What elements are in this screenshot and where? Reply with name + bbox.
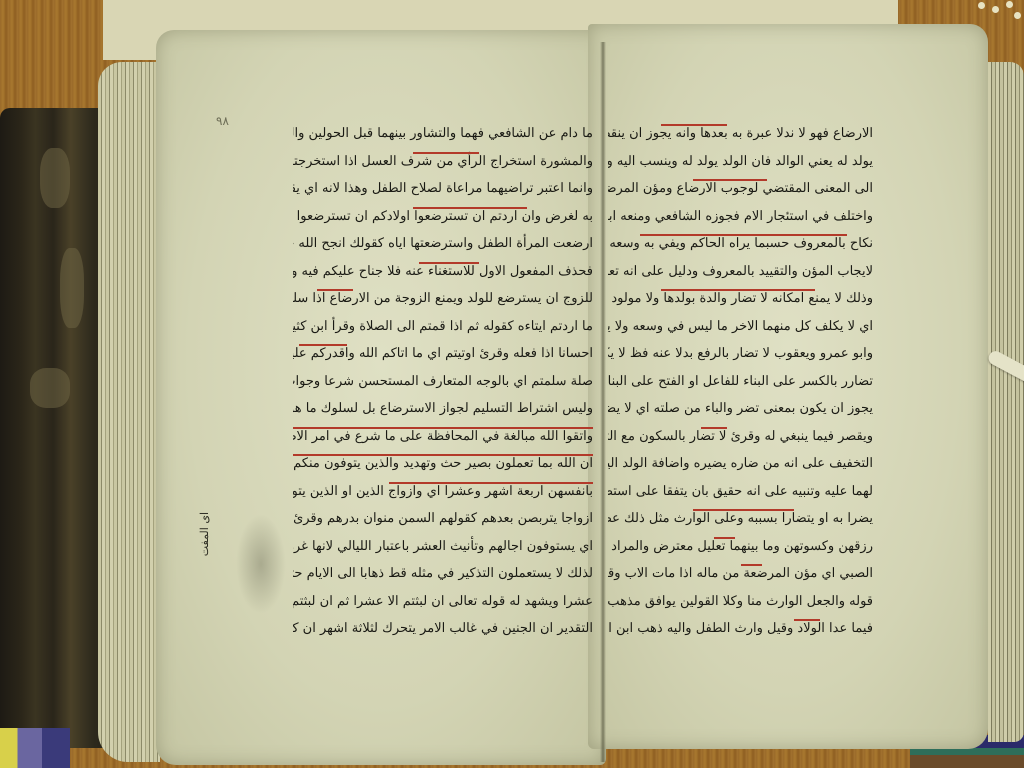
left-page-text: ما دام عن الشافعي فهما والتشاور بينهما ق… — [293, 120, 593, 643]
folio-number: ٩٨ — [216, 114, 229, 128]
ink-smudge — [236, 514, 286, 614]
open-manuscript: ٩٨ ای المفت ما دام عن الشافعي فهما والتش… — [98, 22, 1024, 768]
text-line: احسانا اذا فعله وقرئ اوتيتم اي ما اتاكم … — [293, 340, 593, 368]
text-line: رزقهن وكسوتهن وما بينهما تعليل معترض وال… — [608, 533, 873, 561]
bottom-left-objects — [0, 728, 70, 768]
text-line: يجوز ان يكون بمعنى تضر والباء من صلته اي… — [608, 395, 873, 423]
text-line: الى المعنى المقتضي لوجوب الارضاع ومؤن ال… — [608, 175, 873, 203]
book-gutter — [600, 42, 606, 762]
text-line: وذلك لا يمنع امكانه لا تضار والدة بولدها… — [608, 285, 873, 313]
text-line: ما اردتم ايتاءه كقوله ثم اذا قمتم الى ال… — [293, 313, 593, 341]
margin-note: ای المفت — [198, 512, 211, 556]
text-line: والمشورة استخراج الرأي من شرف العسل اذا … — [293, 148, 593, 176]
text-line: قوله والجعل الوارث منا وكلا القولين يواف… — [608, 588, 873, 616]
text-line: الصبي اي مؤن المرضعة من ماله اذا مات الا… — [608, 560, 873, 588]
text-line: تضارر بالكسر على البناء للفاعل او الفتح … — [608, 368, 873, 396]
text-line: ارضعت المرأة الطفل واسترضعتها اياه كقولك… — [293, 230, 593, 258]
text-line: للزوج ان يسترضع للولد ويمنع الزوجة من ال… — [293, 285, 593, 313]
text-line: لذلك لا يستعملون التذكير في مثله قط ذهاب… — [293, 560, 593, 588]
text-line: ازواجا يتربصن بعدهم كقولهم السمن منوان ب… — [293, 505, 593, 533]
text-line: وانما اعتبر تراضيهما مراعاة لصلاح الطفل … — [293, 175, 593, 203]
text-line: وليس اشتراط التسليم لجواز الاسترضاع بل ل… — [293, 395, 593, 423]
page-edges-right — [988, 62, 1024, 742]
text-line: لهما عليه وتنبيه على انه حقيق بان يتفقا … — [608, 478, 873, 506]
text-line: واختلف في استئجار الام فجوزه الشافعي ومن… — [608, 203, 873, 231]
page-edges-left — [98, 62, 160, 762]
text-line: اي لا يكلف كل منهما الاخر ما ليس في وسعه… — [608, 313, 873, 341]
text-line: صلة سلمتم اي بالوجه المتعارف المستحسن شر… — [293, 368, 593, 396]
right-page-text: الارضاع فهو لا ندلا عبرة به بعدها وانه ي… — [608, 120, 873, 643]
text-line: نكاح بالمعروف حسبما يراه الحاكم ويفي به … — [608, 230, 873, 258]
text-line: بانفسهن اربعة اشهر وعشرا اي وازواج الذين… — [293, 478, 593, 506]
text-line: يولد له يعني الوالد فان الولد يولد له وي… — [608, 148, 873, 176]
text-line: ان الله بما تعملون بصير حث وتهديد والذين… — [293, 450, 593, 478]
text-line: الارضاع فهو لا ندلا عبرة به بعدها وانه ي… — [608, 120, 873, 148]
text-line: لايجاب المؤن والتقييد بالمعروف ودليل على… — [608, 258, 873, 286]
text-line: التخفيف على انه من ضاره يضيره واضافة الو… — [608, 450, 873, 478]
text-line: فيما عدا الولاد وقيل وارث الطفل واليه ذه… — [608, 615, 873, 643]
text-line: وابو عمرو ويعقوب لا تضار بالرفع بدلا عنه… — [608, 340, 873, 368]
text-line: عشرا ويشهد له قوله تعالى ان لبثتم الا عش… — [293, 588, 593, 616]
table-decoration — [968, 0, 1024, 20]
text-line: التقدير ان الجنين في غالب الامر يتحرك لث… — [293, 615, 593, 643]
text-line: فحذف المفعول الاول للاستغناء عنه فلا جنا… — [293, 258, 593, 286]
text-line: ما دام عن الشافعي فهما والتشاور بينهما ق… — [293, 120, 593, 148]
text-line: اي يستوفون اجالهم وتأنيث العشر باعتبار ا… — [293, 533, 593, 561]
text-line: به لغرض وان اردتم ان تسترضعوا اولادكم ان… — [293, 203, 593, 231]
text-line: واتقوا الله مبالغة في المحافظة على ما شر… — [293, 423, 593, 451]
text-line: يضرا به او يتضارا بسببه وعلى الوارث مثل … — [608, 505, 873, 533]
text-line: ويقصر فيما ينبغي له وقرئ لا تضار بالسكون… — [608, 423, 873, 451]
